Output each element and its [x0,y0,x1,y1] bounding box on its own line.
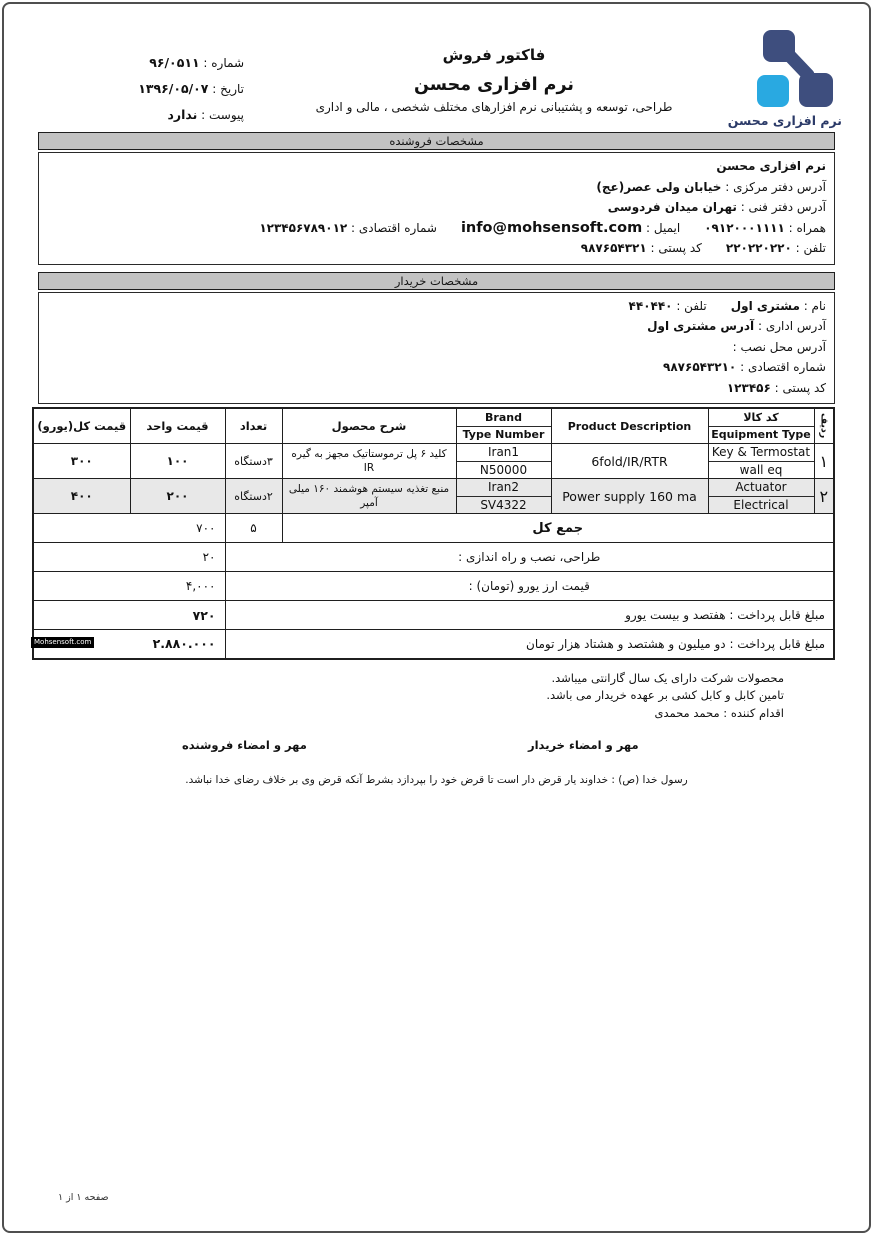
invoice-date-label: تاریخ : [212,82,244,96]
design-install-label: طراحی، نصب و راه اندازی : [225,543,834,572]
watermark-badge: Mohsensoft.com [31,637,94,648]
seller-name: نرم افزاری محسن [716,159,826,173]
items-table: ردیف کد کالا Equipment Type Product Desc… [32,407,835,660]
quantity-cell: ۳دستگاه [225,444,282,479]
footer-quote: رسول خدا (ص) : خداوند یار قرض دار است تا… [4,774,869,786]
items-table-header-row: ردیف کد کالا Equipment Type Product Desc… [33,408,834,444]
buyer-name: نام : مشتری اول [731,296,826,317]
description-fa-cell: منبع تغذیه سیستم هوشمند ۱۶۰ میلی آمپر [282,479,456,514]
buyer-postal-code: کد پستی : ۱۲۳۴۵۶ [47,378,826,399]
euro-rate-value: ۴,۰۰۰ [33,572,225,601]
buyer-office-address: آدرس اداری : آدرس مشتری اول [47,316,826,337]
invoice-number: شماره : ۹۶/۰۵۱۱ [92,50,244,76]
grand-total-label: جمع کل [282,514,834,543]
grand-total-qty: ۵ [225,514,282,543]
seller-box: نرم افزاری محسن آدرس دفتر مرکزی : خیابان… [38,152,835,265]
payable-euro-label: مبلغ قابل پرداخت : هفتصد و بیست یورو [225,601,834,630]
company-logo: نرم افزاری محسن [742,30,842,128]
seller-postal-code: کد پستی : ۹۸۷۶۵۴۳۲۱ [581,238,702,259]
total-price-cell: ۳۰۰ [33,444,130,479]
invoice-date: تاریخ : ۱۳۹۶/۰۵/۰۷ [92,76,244,102]
equipment-type-cell: Key & Termostat wall eq [708,444,814,479]
quantity-cell: ۲دستگاه [225,479,282,514]
company-logo-icon [748,30,836,108]
invoice-date-value: ۱۳۹۶/۰۵/۰۷ [138,81,208,96]
company-name: نرم افزاری محسن [309,75,679,95]
buyer-section-title: مشخصات خریدار [38,272,835,290]
note-warranty: محصولات شرکت دارای یک سال گارانتی میباشد… [39,670,784,688]
col-unit-price: قیمت واحد [130,408,225,444]
note-cabling: تامین کابل و کابل کشی بر عهده خریدار می … [39,687,784,705]
row-number: ۱ [814,444,834,479]
col-item-code: کد کالا Equipment Type [708,408,814,444]
invoice-attachment-value: ندارد [168,107,198,122]
buyer-section: مشخصات خریدار نام : مشتری اول تلفن : ۴۴۰… [38,272,835,405]
invoice-attachment-label: پیوست : [201,108,244,122]
invoice-page: شماره : ۹۶/۰۵۱۱ تاریخ : ۱۳۹۶/۰۵/۰۷ پیوست… [2,2,871,1233]
unit-price-cell: ۲۰۰ [130,479,225,514]
payable-toman-label: مبلغ قابل پرداخت : دو میلیون و هشتصد و ه… [225,630,834,659]
seller-section: مشخصات فروشنده نرم افزاری محسن آدرس دفتر… [38,132,835,265]
seller-mobile: همراه : ۰۹۱۲۰۰۰۱۱۱۱ [704,218,826,239]
buyer-signature-label: مهر و امضاء خریدار [528,738,639,752]
invoice-title: فاکتور فروش [309,46,679,64]
brand-cell: Iran1 N50000 [456,444,551,479]
buyer-box: نام : مشتری اول تلفن : ۴۴۰۴۴۰ آدرس اداری… [38,292,835,405]
footer-notes: محصولات شرکت دارای یک سال گارانتی میباشد… [39,670,784,723]
col-row-number: ردیف [814,408,834,444]
seller-email: ایمیل : info@mohsensoft.com [461,218,680,239]
page-number: صفحه ۱ از ۱ [58,1192,109,1203]
invoice-meta: شماره : ۹۶/۰۵۱۱ تاریخ : ۱۳۹۶/۰۵/۰۷ پیوست… [92,50,244,128]
payable-euro-row: مبلغ قابل پرداخت : هفتصد و بیست یورو ۷۲۰ [33,601,834,630]
table-row: ۲ Actuator Electrical Power supply 160 m… [33,479,834,514]
product-description-cell: Power supply 160 ma [551,479,708,514]
seller-economic-code: شماره اقتصادی : ۱۲۳۴۵۶۷۸۹۰۱۲ [259,218,437,239]
seller-central-office: آدرس دفتر مرکزی : خیابان ولی عصر(عج) [47,177,826,198]
note-handler: اقدام کننده : محمد محمدی [39,705,784,723]
buyer-economic-code: شماره اقتصادی : ۹۸۷۶۵۴۳۲۱۰ [47,357,826,378]
grand-total-price: ۷۰۰ [33,514,225,543]
seller-signature-label: مهر و امضاء فروشنده [182,738,307,752]
signature-row: مهر و امضاء خریدار مهر و امضاء فروشنده [4,738,869,758]
buyer-install-address: آدرس محل نصب : [47,337,826,358]
brand-cell: Iran2 SV4322 [456,479,551,514]
company-subtitle: طراحی، توسعه و پشتیبانی نرم افزارهای مخت… [309,100,679,114]
payable-euro-value: ۷۲۰ [33,601,225,630]
seller-phone: تلفن : ۲۲۰۲۲۰۲۲۰ [726,238,826,259]
col-brand: Brand Type Number [456,408,551,444]
payable-toman-row: مبلغ قابل پرداخت : دو میلیون و هشتصد و ه… [33,630,834,659]
invoice-header: شماره : ۹۶/۰۵۱۱ تاریخ : ۱۳۹۶/۰۵/۰۷ پیوست… [4,4,869,132]
equipment-type-cell: Actuator Electrical [708,479,814,514]
design-install-row: طراحی، نصب و راه اندازی : ۲۰ [33,543,834,572]
grand-total-row: جمع کل ۵ ۷۰۰ [33,514,834,543]
invoice-number-value: ۹۶/۰۵۱۱ [149,55,199,70]
table-row: ۱ Key & Termostat wall eq 6fold/IR/RTR I… [33,444,834,479]
total-price-cell: ۴۰۰ [33,479,130,514]
design-install-value: ۲۰ [33,543,225,572]
product-description-cell: 6fold/IR/RTR [551,444,708,479]
euro-rate-row: قیمت ارز یورو (تومان) : ۴,۰۰۰ [33,572,834,601]
euro-rate-label: قیمت ارز یورو (تومان) : [225,572,834,601]
seller-section-title: مشخصات فروشنده [38,132,835,150]
row-number: ۲ [814,479,834,514]
buyer-phone: تلفن : ۴۴۰۴۴۰ [629,296,707,317]
col-description-fa: شرح محصول [282,408,456,444]
header-titles: فاکتور فروش نرم افزاری محسن طراحی، توسعه… [309,46,679,114]
col-total-price: قیمت کل(یورو) [33,408,130,444]
col-quantity: تعداد [225,408,282,444]
col-product-description: Product Description [551,408,708,444]
invoice-attachment: پیوست : ندارد [92,102,244,128]
description-fa-cell: کلید ۶ پل ترموستاتیک مجهز به گیره IR [282,444,456,479]
seller-technical-office: آدرس دفتر فنی : تهران میدان فردوسی [47,197,826,218]
unit-price-cell: ۱۰۰ [130,444,225,479]
company-logo-wordmark: نرم افزاری محسن [742,113,842,128]
invoice-number-label: شماره : [203,56,244,70]
